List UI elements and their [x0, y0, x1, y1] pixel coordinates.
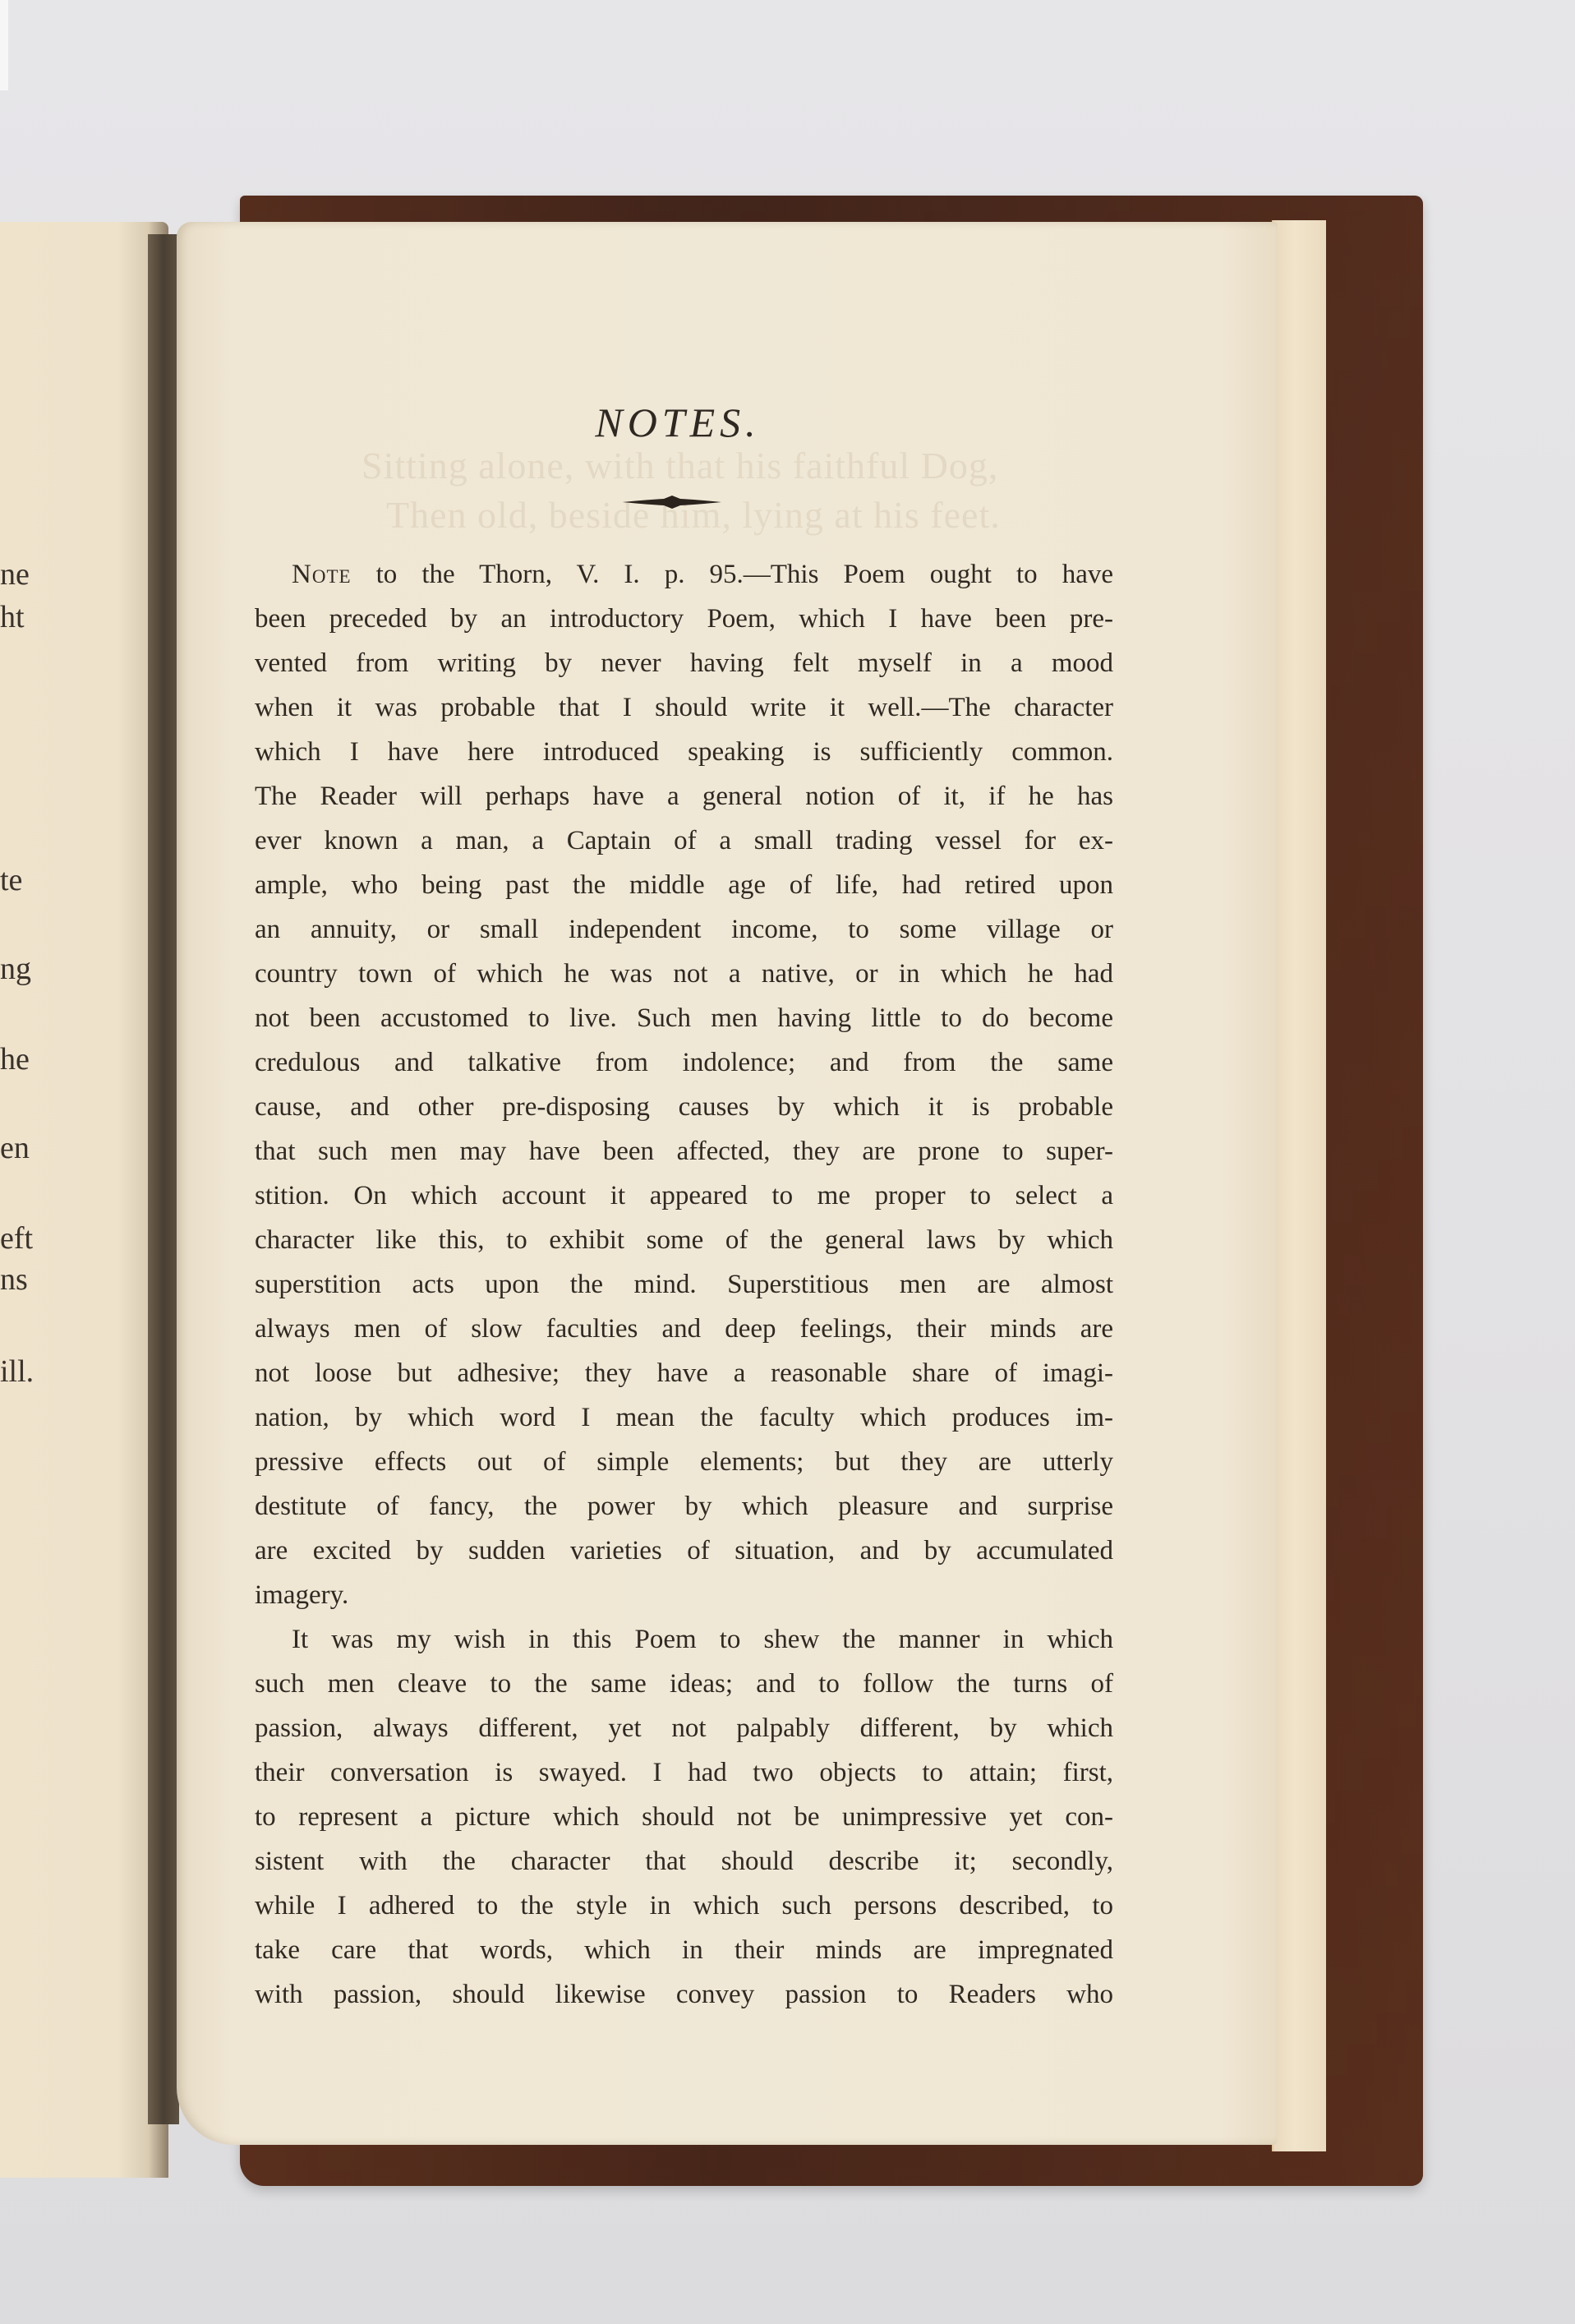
- page-title: NOTES.: [0, 399, 1356, 446]
- text-line: an annuity, or small independent income,…: [255, 907, 1113, 952]
- note-paragraph: It was my wish in this Poem to shew the …: [255, 1617, 1113, 2017]
- ornament-rule-icon: [623, 496, 721, 509]
- text-line: been preceded by an introductory Poem, w…: [255, 597, 1113, 641]
- left-line-fragment: ht: [0, 602, 25, 633]
- text-line: when it was probable that I should write…: [255, 685, 1113, 730]
- text-line: take care that words, which in their min…: [255, 1928, 1113, 1972]
- text-line: such men cleave to the same ideas; and t…: [255, 1662, 1113, 1706]
- left-line-fragment: ill.: [0, 1356, 34, 1387]
- left-line-fragment: he: [0, 1044, 30, 1075]
- text-line: ample, who being past the middle age of …: [255, 863, 1113, 907]
- text-line: superstition acts upon the mind. Superst…: [255, 1262, 1113, 1307]
- note-paragraph: Note to the Thorn, V. I. p. 95.—This Poe…: [255, 552, 1113, 1617]
- text-line: credulous and talkative from indolence; …: [255, 1040, 1113, 1085]
- text-line: vented from writing by never having felt…: [255, 641, 1113, 685]
- page-fore-edge: [1272, 220, 1326, 2151]
- text-line: passion, always different, yet not palpa…: [255, 1706, 1113, 1750]
- left-line-fragment: ns: [0, 1264, 28, 1295]
- text-line: Note to the Thorn, V. I. p. 95.—This Poe…: [255, 552, 1113, 597]
- text-line: destitute of fancy, the power by which p…: [255, 1484, 1113, 1529]
- text-line: character like this, to exhibit some of …: [255, 1218, 1113, 1262]
- notes-body: Note to the Thorn, V. I. p. 95.—This Poe…: [255, 552, 1113, 2017]
- text-line: nation, by which word I mean the faculty…: [255, 1395, 1113, 1440]
- text-line: that such men may have been affected, th…: [255, 1129, 1113, 1174]
- text-line: imagery.: [255, 1573, 1113, 1617]
- left-line-fragment: en: [0, 1132, 30, 1164]
- text-line: are excited by sudden varieties of situa…: [255, 1529, 1113, 1573]
- text-line: country town of which he was not a nativ…: [255, 952, 1113, 996]
- text-line: cause, and other pre-disposing causes by…: [255, 1085, 1113, 1129]
- text-line: always men of slow faculties and deep fe…: [255, 1307, 1113, 1351]
- text-line: with passion, should likewise convey pas…: [255, 1972, 1113, 2017]
- text-line: not been accustomed to live. Such men ha…: [255, 996, 1113, 1040]
- text-line: pressive effects out of simple elements;…: [255, 1440, 1113, 1484]
- left-line-fragment: ne: [0, 559, 30, 590]
- text-line: stition. On which account it appeared to…: [255, 1174, 1113, 1218]
- note-lead: Note: [292, 560, 352, 589]
- text-line: not loose but adhesive; they have a reas…: [255, 1351, 1113, 1395]
- adjacent-page-edge: [0, 0, 8, 90]
- text-line: ever known a man, a Captain of a small t…: [255, 818, 1113, 863]
- text-line: which I have here introduced speaking is…: [255, 730, 1113, 774]
- book-gutter-shadow: [148, 234, 179, 2124]
- left-line-fragment: eft: [0, 1223, 33, 1254]
- text-line: The Reader will perhaps have a general n…: [255, 774, 1113, 818]
- text-line: while I adhered to the style in which su…: [255, 1884, 1113, 1928]
- text-line: their conversation is swayed. I had two …: [255, 1750, 1113, 1795]
- left-line-fragment: ng: [0, 953, 31, 984]
- left-line-fragment: te: [0, 865, 22, 896]
- show-through-text: Sitting alone, with that his faithful Do…: [362, 444, 998, 487]
- left-page: ne ht te ng he en eft ns ill.: [0, 222, 168, 2178]
- text-line: sistent with the character that should d…: [255, 1839, 1113, 1884]
- text-line: to represent a picture which should not …: [255, 1795, 1113, 1839]
- text-line: It was my wish in this Poem to shew the …: [255, 1617, 1113, 1662]
